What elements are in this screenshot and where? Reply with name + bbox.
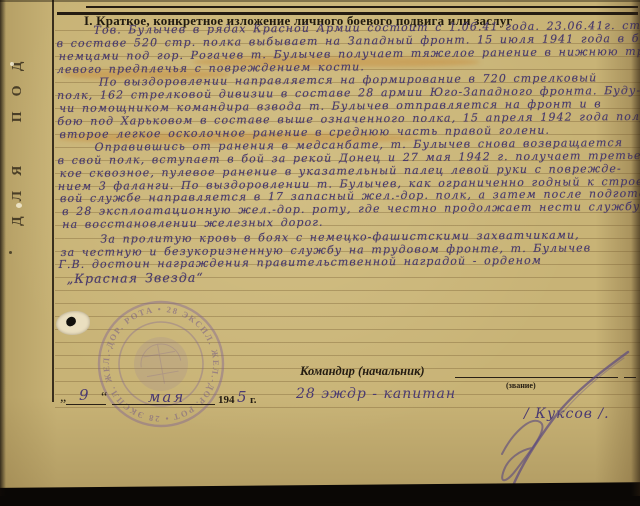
paper-speck bbox=[16, 203, 22, 208]
commander-label: Командир (начальник) bbox=[300, 364, 425, 379]
scan-edge-top bbox=[0, 0, 640, 2]
date-day-underline bbox=[66, 404, 106, 405]
signature-flourish bbox=[468, 338, 640, 494]
unit-rank-handwritten: 28 эждр - капитан bbox=[296, 386, 456, 402]
ink-blot bbox=[65, 316, 77, 328]
scan-edge-left bbox=[0, 0, 6, 496]
dark-speck bbox=[9, 251, 12, 254]
date-year-digit-handwritten: 5 bbox=[237, 388, 247, 406]
handwritten-line: Г.В. достоин награждения правительственн… bbox=[59, 254, 543, 271]
handwritten-line: на восстановлении железных дорог. bbox=[62, 216, 323, 231]
date-year-suffix: г. bbox=[250, 394, 257, 406]
scanned-award-document-page: ДЛЯ ПОД I. Краткое, конкретное изложение… bbox=[0, 0, 640, 496]
date-month-underline bbox=[112, 404, 215, 405]
paper-tear-hole bbox=[56, 311, 90, 335]
paper-speck bbox=[10, 62, 14, 66]
handwritten-line: „Красная Звезда“ bbox=[67, 270, 204, 286]
date-day-handwritten: 9 bbox=[79, 386, 89, 404]
date-year-printed: 194 bbox=[218, 394, 235, 406]
scan-edge-right bbox=[631, 0, 640, 496]
